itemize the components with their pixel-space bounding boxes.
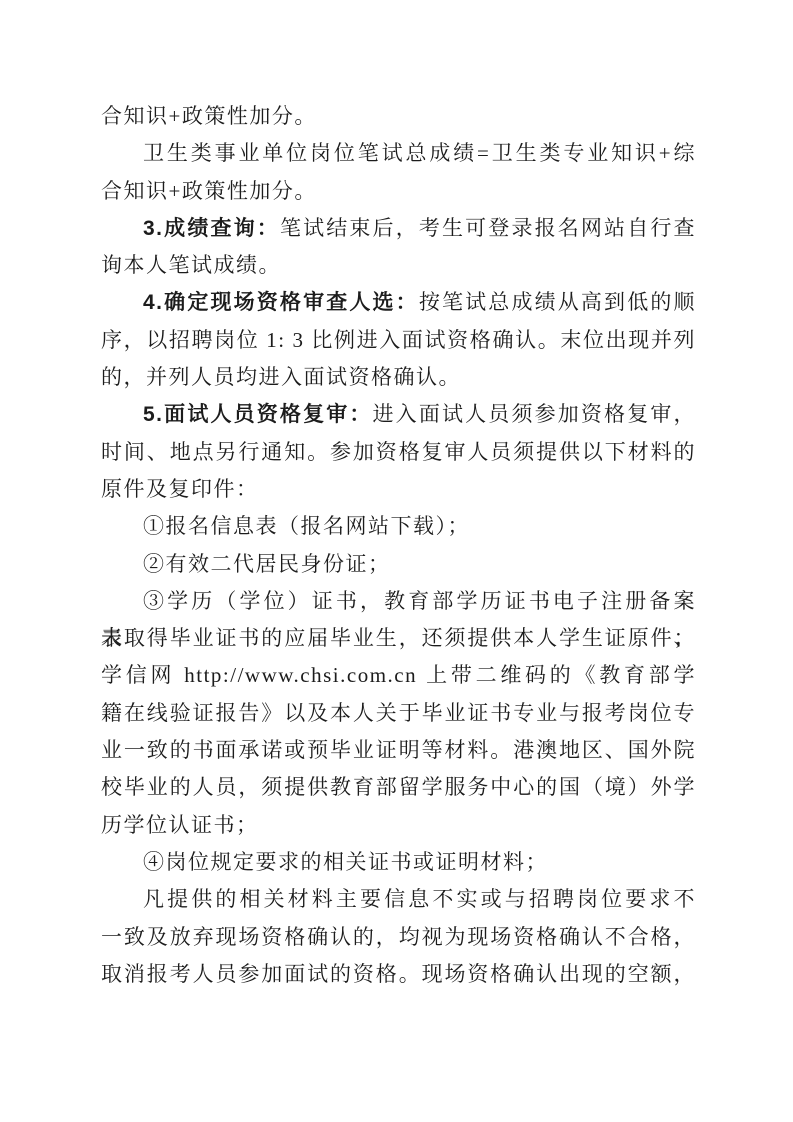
heading-5-interview-qualification-recheck: 5.面试人员资格复审：: [143, 403, 373, 426]
text-line: 合知识+政策性加分。: [101, 98, 696, 135]
heading-3-score-inquiry: 3.成绩查询：: [143, 217, 280, 240]
text-line-segment: 学信网: [101, 663, 184, 687]
text-line-segment: 笔试结束后，考生可登录报名网站自行查: [280, 216, 696, 240]
list-item-4-certificates: ④岗位规定要求的相关证书或证明材料；: [101, 844, 696, 881]
text-line: 凡提供的相关材料主要信息不实或与招聘岗位要求不: [101, 881, 696, 918]
text-line: 4.确定现场资格审查人选：按笔试总成绩从高到低的顺: [101, 284, 696, 321]
list-item-1-application-form: ①报名信息表（报名网站下载）；: [101, 508, 696, 545]
text-line: 校毕业的人员，须提供教育部留学服务中心的国（境）外学: [101, 769, 696, 806]
text-line: 5.面试人员资格复审：进入面试人员须参加资格复审，: [101, 396, 696, 433]
text-line-segment: 按笔试总成绩从高到低的顺: [419, 290, 696, 314]
list-item-3-diploma: ③学历（学位）证书，教育部学历证书电子注册备案表；: [101, 583, 696, 620]
text-line-segment: 进入面试人员须参加资格复审，: [373, 402, 696, 426]
heading-4-onsite-qualification-review-selection: 4.确定现场资格审查人选：: [143, 291, 419, 314]
text-line: 业一致的书面承诺或预毕业证明等材料。港澳地区、国外院: [101, 732, 696, 769]
text-line: 卫生类事业单位岗位笔试总成绩=卫生类专业知识+综: [101, 135, 696, 172]
text-line: 序，以招聘岗位 1: 3 比例进入面试资格确认。末位出现并列: [101, 322, 696, 359]
text-line: 的，并列人员均进入面试资格确认。: [101, 359, 696, 396]
text-line-segment: 上带二维码的《教育部学: [417, 663, 696, 687]
list-item-2-id-card: ②有效二代居民身份证；: [101, 546, 696, 583]
text-line: 合知识+政策性加分。: [101, 173, 696, 210]
text-line: 籍在线验证报告》以及本人关于毕业证书专业与报考岗位专: [101, 695, 696, 732]
text-line: 一致及放弃现场资格确认的，均视为现场资格确认不合格，: [101, 919, 696, 956]
text-line: 3.成绩查询：笔试结束后，考生可登录报名网站自行查: [101, 210, 696, 247]
text-line: 原件及复印件：: [101, 471, 696, 508]
text-line: 未取得毕业证书的应届毕业生，还须提供本人学生证原件、: [101, 620, 696, 657]
chsi-url: http://www.chsi.com.cn: [184, 663, 417, 687]
text-line: 取消报考人员参加面试的资格。现场资格确认出现的空额，: [101, 956, 696, 993]
text-line: 学信网 http://www.chsi.com.cn 上带二维码的《教育部学: [101, 657, 696, 694]
text-line: 询本人笔试成绩。: [101, 247, 696, 284]
text-line: 时间、地点另行通知。参加资格复审人员须提供以下材料的: [101, 434, 696, 471]
document-page: 合知识+政策性加分。 卫生类事业单位岗位笔试总成绩=卫生类专业知识+综 合知识+…: [0, 0, 793, 1122]
text-block: 合知识+政策性加分。 卫生类事业单位岗位笔试总成绩=卫生类专业知识+综 合知识+…: [0, 0, 793, 993]
text-line: 历学位认证书；: [101, 807, 696, 844]
